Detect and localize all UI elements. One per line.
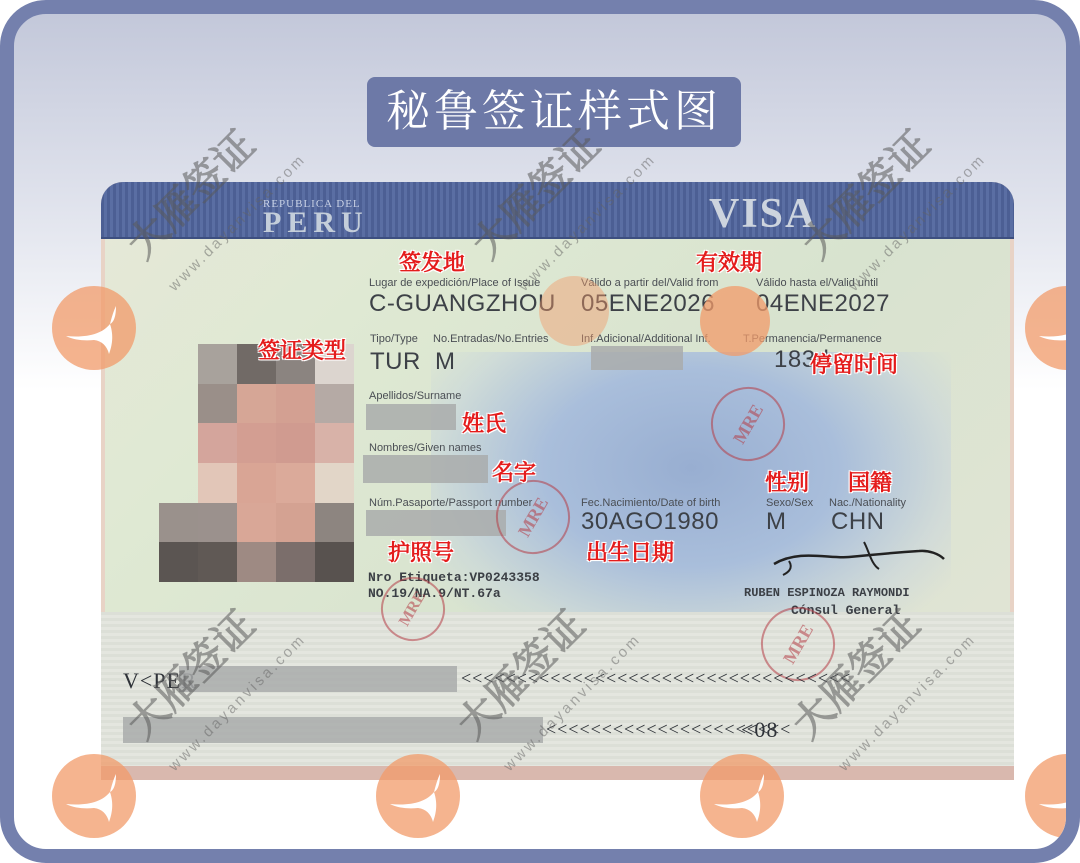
redacted-surname (366, 404, 456, 430)
brand-logo-icon (52, 286, 136, 370)
surname-label: Apellidos/Surname (369, 390, 461, 402)
brand-logo-icon (1025, 286, 1080, 370)
date-of-birth-value: 30AGO1980 (581, 508, 719, 536)
sex-value: M (766, 508, 787, 536)
place-of-issue-label: Lugar de expedición/Place of Issue (369, 277, 540, 289)
consul-name: RUBEN ESPINOZA RAYMONDI (744, 586, 910, 600)
page-frame: 秘鲁签证样式图 REPUBLICA DEL PERU VISA Lugar de… (0, 0, 1080, 863)
valid-until-value: 04ENE2027 (756, 290, 890, 318)
annotation-given-name: 名字 (492, 456, 536, 487)
type-label: Tipo/Type (370, 333, 418, 345)
brand-logo-icon (539, 276, 609, 346)
redacted-given-names (363, 455, 488, 483)
given-names-label: Nombres/Given names (369, 442, 482, 454)
annotation-stay-duration: 停留时间 (810, 348, 898, 379)
annotation-surname: 姓氏 (462, 407, 506, 438)
brand-logo-icon (700, 286, 770, 356)
brand-logo-icon (52, 754, 136, 838)
entries-value: M (435, 348, 456, 376)
type-value: TUR (370, 348, 421, 376)
valid-from-label: Válido a partir del/Valid from (581, 277, 718, 289)
annotation-nationality: 国籍 (848, 466, 892, 497)
annotation-birth-date: 出生日期 (586, 536, 674, 567)
brand-logo-icon (700, 754, 784, 838)
mrz-line2-suffix: <08 (741, 717, 778, 743)
annotation-place-of-issue: 签发地 (399, 246, 465, 277)
bottom-strip (101, 766, 1014, 780)
redacted-additional-info (591, 346, 683, 370)
annotation-sex: 性别 (765, 466, 809, 497)
brand-logo-icon (376, 754, 460, 838)
annotation-validity: 有效期 (696, 246, 762, 277)
annotation-visa-type: 签证类型 (258, 334, 346, 365)
annotation-passport-no: 护照号 (388, 536, 454, 567)
redacted-holder-photo (159, 344, 354, 582)
brand-logo-icon (1025, 754, 1080, 838)
consul-signature (769, 539, 949, 579)
additional-info-label: Inf.Adicional/Additional Inf. (581, 333, 711, 345)
entries-label: No.Entradas/No.Entries (433, 333, 549, 345)
place-of-issue-value: C-GUANGZHOU (369, 290, 556, 318)
redacted-passport-number (366, 510, 506, 536)
nationality-value: CHN (831, 508, 885, 536)
country-label: PERU (263, 206, 369, 240)
